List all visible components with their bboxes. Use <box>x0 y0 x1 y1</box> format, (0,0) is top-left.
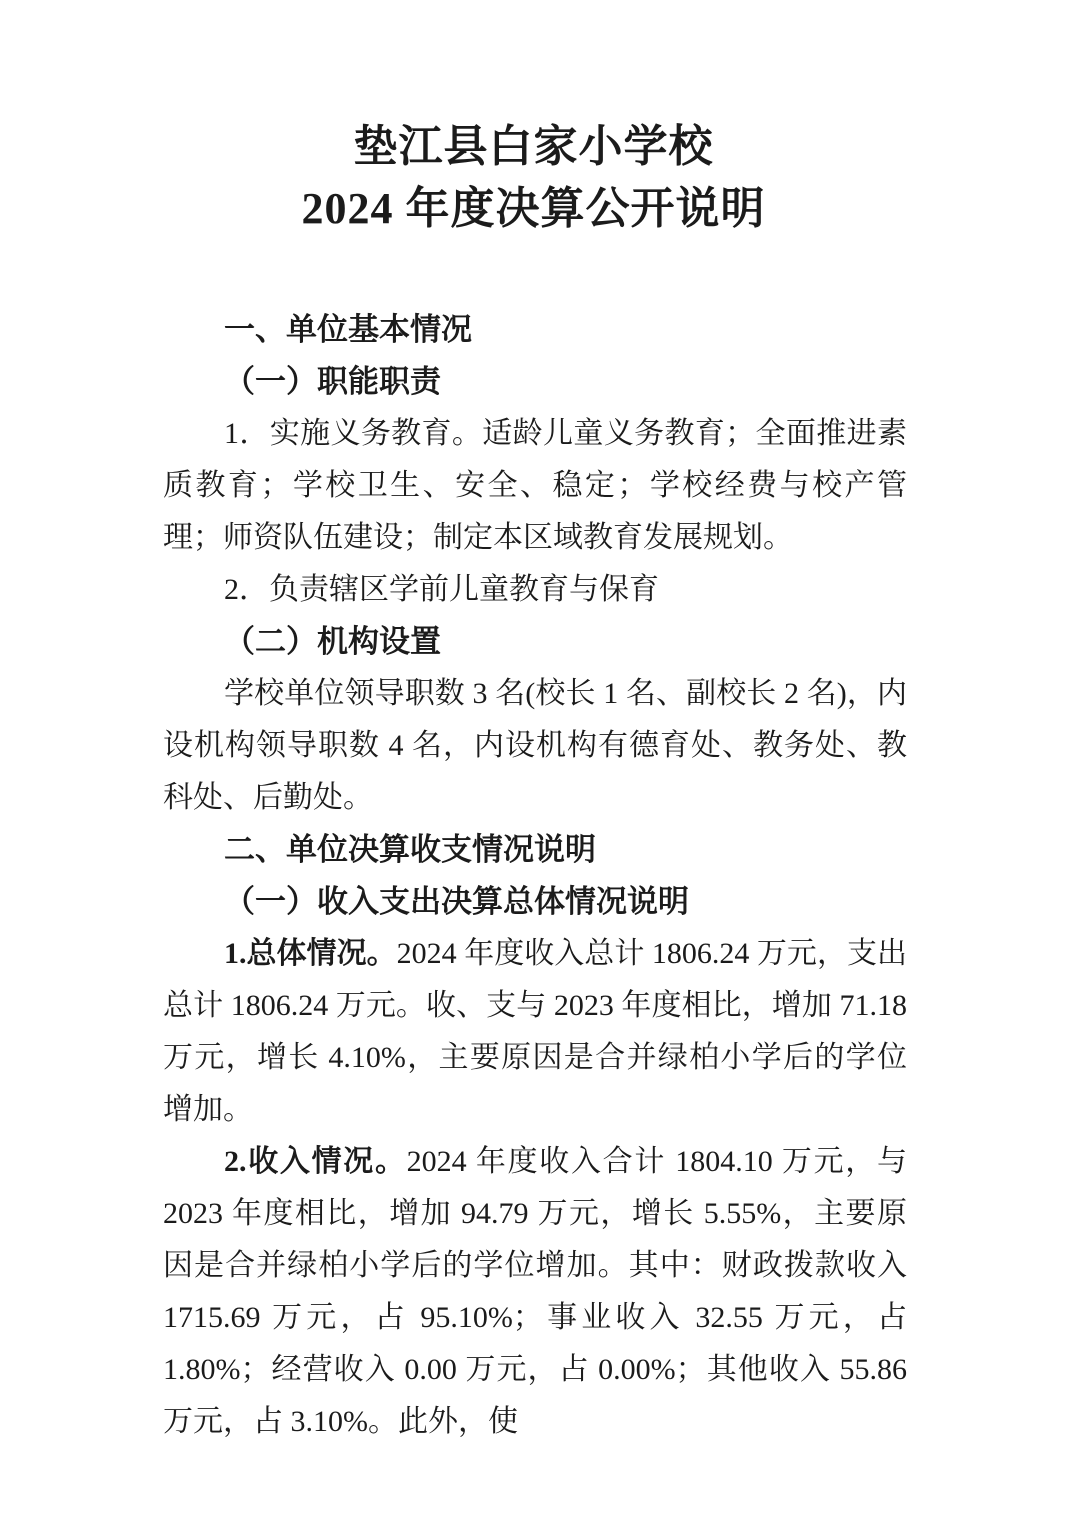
sub-heading-1-1: （一）职能职责 <box>163 356 907 408</box>
paragraph-overall-lead: 1.总体情况。 <box>224 937 397 970</box>
sub-heading-2-1: （一）收入支出决算总体情况说明 <box>163 876 907 928</box>
paragraph-income-text: 2024 年度收入合计 1804.10 万元，与 2023 年度相比，增加 94… <box>163 1145 907 1438</box>
paragraph-income-situation: 2.收入情况。2024 年度收入合计 1804.10 万元，与 2023 年度相… <box>163 1136 907 1448</box>
document-title: 垫江县白家小学校 2024 年度决算公开说明 <box>162 116 905 240</box>
paragraph-income-lead: 2.收入情况。 <box>224 1145 407 1178</box>
section-heading-1: 一、单位基本情况 <box>163 304 907 356</box>
paragraph-organization: 学校单位领导职数 3 名(校长 1 名、副校长 2 名)，内设机构领导职数 4 … <box>163 668 907 824</box>
paragraph-duties-1: 1．实施义务教育。适龄儿童义务教育；全面推进素质教育；学校卫生、安全、稳定；学校… <box>163 408 907 564</box>
document-title-line1: 垫江县白家小学校 <box>162 116 905 178</box>
paragraph-duties-2: 2．负责辖区学前儿童教育与保育 <box>163 564 907 616</box>
document-title-line2: 2024 年度决算公开说明 <box>162 178 905 240</box>
paragraph-overall-situation: 1.总体情况。2024 年度收入总计 1806.24 万元，支出总计 1806.… <box>163 928 907 1136</box>
document-page: 垫江县白家小学校 2024 年度决算公开说明 一、单位基本情况 （一）职能职责 … <box>0 0 1075 1520</box>
sub-heading-1-2: （二）机构设置 <box>163 616 907 668</box>
section-heading-2: 二、单位决算收支情况说明 <box>163 824 907 876</box>
document-body: 一、单位基本情况 （一）职能职责 1．实施义务教育。适龄儿童义务教育；全面推进素… <box>163 304 907 1448</box>
